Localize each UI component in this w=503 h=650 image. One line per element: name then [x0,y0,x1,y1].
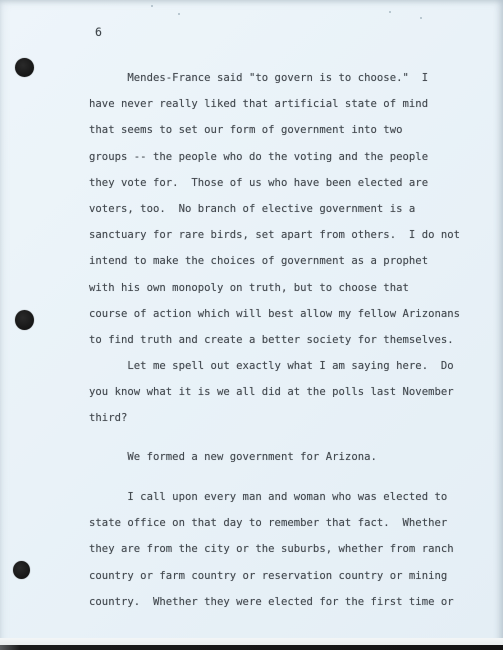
paragraph-call-upon: I call upon every man and woman who was … [89,484,454,615]
scan-edge-band [0,645,503,650]
paragraph-new-government: We formed a new government for Arizona. [89,444,377,470]
scan-speck [420,17,422,19]
scan-speck [389,11,391,13]
scanned-document-page: 6 Mendes-France said "to govern is to ch… [0,0,503,650]
binder-hole-dot [13,561,30,579]
paragraph-spell-out: Let me spell out exactly what I am sayin… [89,353,454,432]
paragraph-mendes-france: Mendes-France said "to govern is to choo… [89,65,460,353]
scan-speck [151,5,153,7]
page-number: 6 [95,24,102,40]
binder-hole-dot [15,310,34,330]
scan-speck [178,13,180,15]
scan-edge-strip [0,638,503,645]
binder-hole-dot [15,58,34,77]
